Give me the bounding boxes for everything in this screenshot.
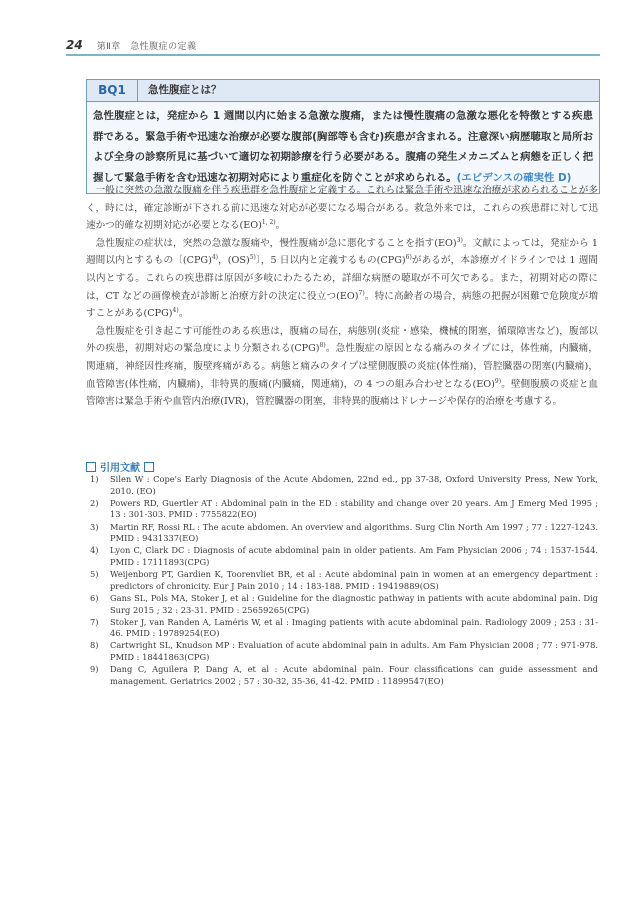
references-heading: 引用文献 [86, 459, 154, 474]
reference-list: 1)Silen W : Cope's Early Diagnosis of th… [86, 474, 598, 688]
body-text: 一般に突然の急激な腹痛を伴う疾患群を急性腹症と定義する。これらは緊急手術や迅速な… [86, 182, 598, 411]
reference-text: Martin RF, Rossi RL : The acute abdomen.… [110, 522, 598, 545]
reference-text: Cartwright SL, Knudson MP : Evaluation o… [110, 640, 598, 663]
reference-number: 8) [86, 640, 110, 663]
paragraph-text: 。 [179, 308, 189, 319]
reference-number: 7) [86, 617, 110, 640]
paragraph-text: 一般に突然の急激な腹痛を伴う疾患群を急性腹症と定義する。これらは緊急手術や迅速な… [86, 185, 598, 231]
bq-label: BQ1 [87, 80, 138, 101]
bq-question: 急性腹症とは？ [138, 80, 222, 101]
reference-text: Gans SL, Pols MA, Stoker J, et al : Guid… [110, 593, 598, 616]
paragraph-3: 急性腹症を引き起こす可能性のある疾患は，腹痛の局在，病態別(炎症・感染，機械的閉… [86, 323, 598, 411]
reference-text: Dang C, Aguilera P, Dang A, et al : Acut… [110, 664, 598, 687]
reference-number: 1) [86, 474, 110, 497]
reference-number: 9) [86, 664, 110, 687]
paragraph-text: ，(OS) [218, 255, 250, 266]
paragraph-text: 〕，5 日以内と定義するもの(CPG) [256, 255, 406, 266]
reference-text: Powers RD, Guertler AT : Abdominal pain … [110, 498, 598, 521]
reference-item: 7)Stoker J, van Randen A, Laméris W, et … [86, 617, 598, 640]
reference-number: 4) [86, 545, 110, 568]
running-head: 24 第Ⅱ章 急性腹症の定義 [66, 38, 600, 52]
reference-text: Stoker J, van Randen A, Laméris W, et al… [110, 617, 598, 640]
reference-item: 4)Lyon C, Clark DC : Diagnosis of acute … [86, 545, 598, 568]
reference-item: 1)Silen W : Cope's Early Diagnosis of th… [86, 474, 598, 497]
reference-text: Lyon C, Clark DC : Diagnosis of acute ab… [110, 545, 598, 568]
reference-number: 5) [86, 569, 110, 592]
reference-item: 2)Powers RD, Guertler AT : Abdominal pai… [86, 498, 598, 521]
bq-answer: 急性腹症とは，発症から 1 週間以内に始まる急激な腹痛，または慢性腹痛の急激な悪… [87, 102, 599, 193]
header-rule [66, 54, 600, 56]
paragraph-1: 一般に突然の急激な腹痛を伴う疾患群を急性腹症と定義する。これらは緊急手術や迅速な… [86, 182, 598, 235]
reference-item: 9)Dang C, Aguilera P, Dang A, et al : Ac… [86, 664, 598, 687]
reference-item: 8)Cartwright SL, Knudson MP : Evaluation… [86, 640, 598, 663]
paragraph-2: 急性腹症の症状は，突然の急激な腹痛や，慢性腹痛が急に悪化することを指す(EO)3… [86, 235, 598, 323]
reference-number: 2) [86, 498, 110, 521]
reference-text: Weijenborg PT, Gardien K, Toorenvliet BR… [110, 569, 598, 592]
square-icon [86, 462, 96, 472]
square-icon [144, 462, 154, 472]
bq-header: BQ1 急性腹症とは？ [87, 80, 599, 102]
reference-item: 5)Weijenborg PT, Gardien K, Toorenvliet … [86, 569, 598, 592]
citation-superscript: 1, 2) [262, 219, 276, 226]
reference-item: 6)Gans SL, Pols MA, Stoker J, et al : Gu… [86, 593, 598, 616]
reference-item: 3)Martin RF, Rossi RL : The acute abdome… [86, 522, 598, 545]
paragraph-text: 。 [276, 220, 286, 231]
paragraph-text: 急性腹症の症状は，突然の急激な腹痛や，慢性腹痛が急に悪化することを指す(EO) [96, 238, 457, 249]
page-number: 24 [66, 38, 83, 52]
references-title: 引用文献 [100, 459, 140, 474]
reference-number: 6) [86, 593, 110, 616]
reference-text: Silen W : Cope's Early Diagnosis of the … [110, 474, 598, 497]
bq-box: BQ1 急性腹症とは？ 急性腹症とは，発症から 1 週間以内に始まる急激な腹痛，… [86, 79, 600, 194]
chapter-title: 第Ⅱ章 急性腹症の定義 [97, 39, 197, 52]
reference-number: 3) [86, 522, 110, 545]
